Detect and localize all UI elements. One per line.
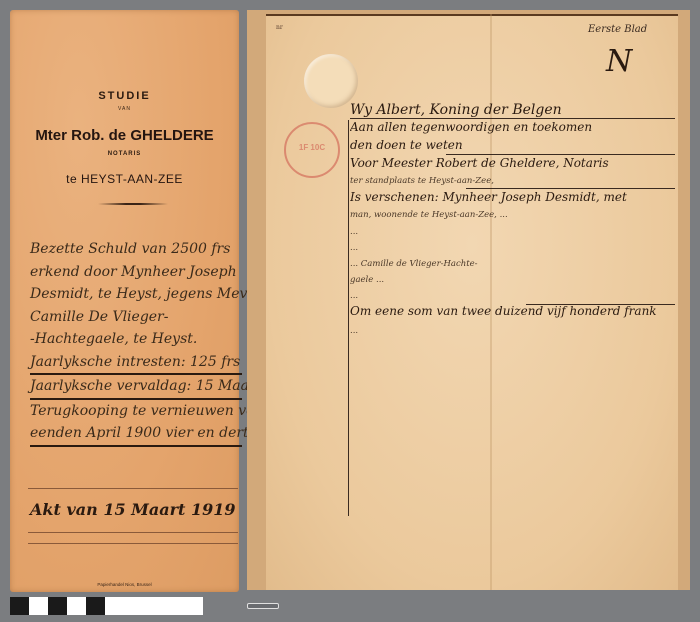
deed-rule: [466, 188, 675, 189]
cover-rule: [28, 543, 238, 544]
deed-line: ...: [350, 326, 672, 336]
summary-line: -Hachtegaele, te Heyst.: [30, 328, 242, 351]
summary-line: Jaarlyksche intresten: 125 frs: [30, 351, 242, 376]
deed-line: ter standplaats te Heyst-aan-Zee,: [350, 176, 672, 186]
cover-rule: [28, 488, 238, 489]
cover-handwritten-summary: Bezette Schuld van 2500 frs erkend door …: [30, 238, 242, 447]
ornament-divider: [98, 203, 168, 205]
summary-line: Desmidt, te Heyst, jegens Mevr.: [30, 283, 242, 306]
summary-line: eenden April 1900 vier en dertig: [30, 422, 242, 447]
cover-van: VAN: [10, 106, 239, 112]
embossed-seal-icon: [304, 54, 358, 108]
notary-name: Mter Rob. de GHELDERE: [10, 127, 239, 144]
summary-line: erkend door Mynheer Joseph: [30, 261, 242, 284]
notary-label: NOTARIS: [10, 151, 239, 157]
deed-line: Wy Albert, Koning der Belgen: [350, 102, 672, 118]
notary-city: te HEYST-AAN-ZEE: [10, 172, 239, 186]
summary-line: Jaarlyksche vervaldag: 15 Maart: [30, 375, 242, 400]
deed-line: ... Camille de Vlieger-Hachte-: [350, 259, 672, 269]
summary-line: Bezette Schuld van 2500 frs: [30, 238, 242, 261]
summary-line: Terugkooping te vernieuwen vóór: [30, 400, 242, 423]
summary-line: Camille De Vlieger-: [30, 306, 242, 329]
tax-stamp-icon: 1F 10C: [284, 122, 340, 178]
deed-line: man, woonende te Heyst-aan-Zee, ...: [350, 210, 672, 220]
cover-title: STUDIE: [10, 90, 239, 102]
corner-mark: N: [606, 44, 632, 79]
scale-bar: [247, 603, 279, 609]
cover-rule: [28, 532, 238, 533]
deed-line: Is verschenen: Mynheer Joseph Desmidt, m…: [350, 190, 672, 204]
deed-line: ...: [350, 291, 672, 301]
deed-line: ...: [350, 243, 672, 253]
deed-date: Akt van 15 Maart 1919: [30, 500, 240, 519]
deed-line: den doen te weten: [350, 138, 672, 152]
deed-page: nr 1F 10C Eerste Blad N Wy Albert, Konin…: [266, 14, 678, 590]
deed-line: ...: [350, 227, 672, 237]
deed-line: Voor Meester Robert de Gheldere, Notaris: [350, 156, 672, 170]
folder-cover: STUDIE VAN Mter Rob. de GHELDERE NOTARIS…: [10, 10, 239, 592]
corner-note: Eerste Blad: [588, 24, 647, 35]
page-mark: nr: [276, 24, 283, 31]
color-calibration-strip: [10, 597, 203, 615]
printer-imprint: Papierhandel Nios, Brussel: [10, 582, 239, 587]
page-edge: [266, 14, 678, 16]
deed-line: Om eene som van twee duizend vijf honder…: [350, 304, 672, 318]
deed-line: Aan allen tegenwoordigen en toekomen: [350, 120, 672, 134]
deed-line: gaele ...: [350, 275, 672, 285]
deed-rule: [350, 118, 675, 119]
deed-rule: [446, 154, 675, 155]
